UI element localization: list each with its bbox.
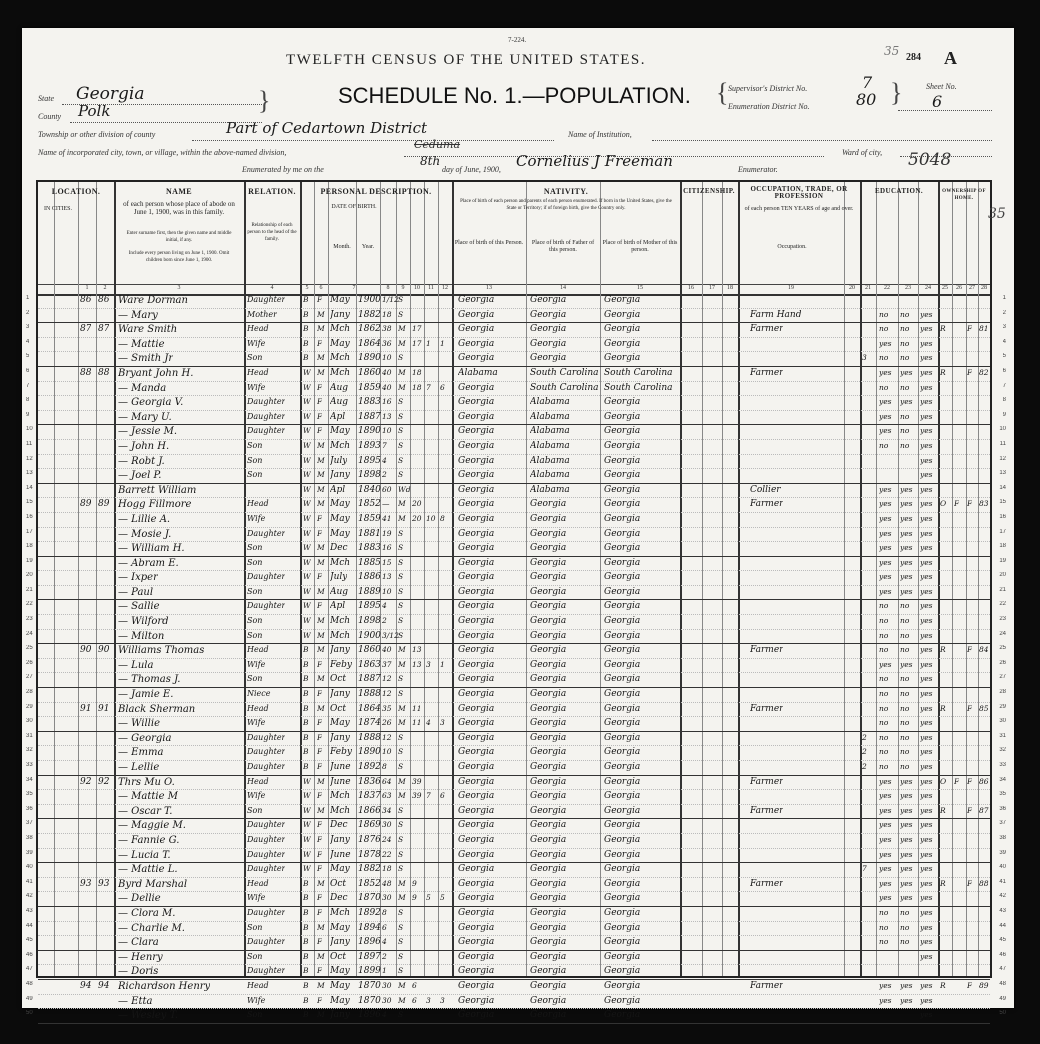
sex: M bbox=[317, 543, 325, 552]
can-write: no bbox=[900, 631, 909, 640]
birth-year: 1895 bbox=[358, 456, 381, 466]
sex: M bbox=[317, 353, 325, 362]
birthplace-father: Georgia bbox=[530, 704, 566, 714]
city-value-struck: Ceduma bbox=[414, 138, 460, 151]
can-write: yes bbox=[900, 587, 913, 596]
birth-year: 1896 bbox=[358, 1010, 381, 1020]
birthplace-mother: Georgia bbox=[604, 937, 640, 947]
birth-year: 1852 bbox=[358, 499, 381, 509]
table-row: 1111— John H.SonWMMch18937SGeorgiaAlabam… bbox=[38, 440, 990, 455]
farm-schedule-number: 86 bbox=[979, 777, 989, 786]
color-race: B bbox=[303, 879, 309, 888]
birth-month: May bbox=[330, 295, 350, 305]
age: 1/12 bbox=[382, 295, 399, 304]
birthplace-mother: Georgia bbox=[604, 397, 640, 407]
can-write: no bbox=[900, 762, 909, 771]
header-name-desc: of each person whose place of abode on J… bbox=[120, 200, 238, 216]
relation: Son bbox=[247, 674, 262, 683]
speaks-english: yes bbox=[920, 324, 933, 333]
age: 10 bbox=[382, 747, 392, 756]
family-number: 92 bbox=[98, 777, 109, 787]
age: 26 bbox=[382, 718, 392, 727]
person-name: — Ixper bbox=[118, 572, 158, 583]
line-number-right: 50 bbox=[999, 1010, 1006, 1016]
header-nativity: NATIVITY. bbox=[452, 188, 680, 195]
children-living: 1 bbox=[440, 660, 445, 669]
table-row: 1313— Joel P.SonWMJany18982SGeorgiaAlaba… bbox=[38, 469, 990, 484]
speaks-english: yes bbox=[920, 310, 933, 319]
birthplace-mother: Georgia bbox=[604, 835, 640, 845]
enumerator-label: Enumerator. bbox=[738, 165, 778, 174]
film-number: 5048 bbox=[908, 150, 951, 170]
owned-rented: R bbox=[940, 645, 946, 654]
years-married: 20 bbox=[412, 499, 422, 508]
age: 18 bbox=[382, 310, 392, 319]
marital-status: M bbox=[398, 893, 406, 902]
col-number: 24 bbox=[918, 285, 938, 291]
state-label: State bbox=[38, 94, 54, 103]
line-number-right: 29 bbox=[999, 704, 1006, 710]
birth-year: 1900 bbox=[358, 631, 381, 641]
birth-month: July bbox=[330, 456, 347, 466]
brace-right: } bbox=[890, 78, 902, 108]
speaks-english: yes bbox=[920, 339, 933, 348]
can-write: yes bbox=[900, 864, 913, 873]
can-write: yes bbox=[900, 806, 913, 815]
birthplace-father: Georgia bbox=[530, 572, 566, 582]
age: 60 bbox=[382, 485, 392, 494]
birth-month: May bbox=[330, 718, 350, 728]
speaks-english: yes bbox=[920, 529, 933, 538]
children-living: 6 bbox=[440, 791, 445, 800]
owned-rented: O bbox=[940, 777, 946, 786]
occupation: Collier bbox=[750, 485, 781, 495]
form-number: 7-224. bbox=[508, 36, 526, 44]
enumeration-label: Enumeration District No. bbox=[728, 102, 810, 111]
person-name: — Doris bbox=[118, 966, 158, 977]
can-read: no bbox=[879, 689, 888, 698]
color-race: B bbox=[303, 937, 309, 946]
birthplace-person: Georgia bbox=[458, 674, 494, 684]
table-row: 3939— Lucia T.DaughterWFJune187822SGeorg… bbox=[38, 849, 990, 864]
speaks-english: yes bbox=[920, 762, 933, 771]
dwelling-number: 92 bbox=[80, 777, 91, 787]
birthplace-father: Georgia bbox=[530, 689, 566, 699]
table-row: 3636— Oscar T.SonWMMch186634SGeorgiaGeor… bbox=[38, 805, 990, 820]
can-read: no bbox=[879, 923, 888, 932]
birthplace-person: Georgia bbox=[458, 601, 494, 611]
birth-year: 1900 bbox=[358, 295, 381, 305]
birthplace-father: Georgia bbox=[530, 543, 566, 553]
line-number: 17 bbox=[26, 529, 33, 535]
line-number-right: 49 bbox=[999, 996, 1006, 1002]
birthplace-mother: Georgia bbox=[604, 353, 640, 363]
dwelling-number: 86 bbox=[80, 295, 91, 305]
birthplace-mother: Georgia bbox=[604, 456, 640, 466]
birth-month: Apl bbox=[330, 485, 345, 495]
table-row: 1919— Abram E.SonWMMch188515SGeorgiaGeor… bbox=[38, 557, 990, 572]
relation: Son bbox=[247, 923, 262, 932]
color-race: W bbox=[303, 820, 311, 829]
line-number: 6 bbox=[26, 368, 29, 374]
schedule-title: SCHEDULE No. 1.—POPULATION. bbox=[338, 83, 691, 109]
owned-rented: R bbox=[940, 981, 946, 990]
birthplace-father: Georgia bbox=[530, 835, 566, 845]
can-read: yes bbox=[879, 806, 892, 815]
speaks-english: yes bbox=[920, 1010, 933, 1019]
col-number: 27 bbox=[966, 285, 978, 291]
relation: Daughter bbox=[247, 850, 285, 859]
line-number: 14 bbox=[26, 485, 33, 491]
birthplace-person: Georgia bbox=[458, 952, 494, 962]
occupation: Farmer bbox=[750, 777, 783, 787]
line-number-right: 38 bbox=[999, 835, 1006, 841]
line-number-right: 39 bbox=[999, 850, 1006, 856]
col-number: 12 bbox=[438, 285, 452, 291]
sheet-number: 6 bbox=[932, 92, 942, 111]
line-number-right: 48 bbox=[999, 981, 1006, 987]
sex: F bbox=[317, 733, 322, 742]
birth-year: 1870 bbox=[358, 996, 381, 1006]
color-race: W bbox=[303, 543, 311, 552]
can-write: yes bbox=[900, 572, 913, 581]
header-relation: RELATION. bbox=[244, 188, 300, 195]
speaks-english: yes bbox=[920, 923, 933, 932]
marital-status: S bbox=[398, 762, 403, 771]
marital-status: M bbox=[398, 514, 406, 523]
speaks-english: yes bbox=[920, 543, 933, 552]
person-name: — Manda bbox=[118, 383, 166, 394]
table-row: 1717— Mosie J.DaughterWFMay188119SGeorgi… bbox=[38, 528, 990, 543]
relation: Head bbox=[247, 645, 269, 654]
speaks-english: yes bbox=[920, 791, 933, 800]
birth-year: 1882 bbox=[358, 864, 381, 874]
can-write: no bbox=[900, 674, 909, 683]
occupation: Farmer bbox=[750, 499, 783, 509]
can-write: yes bbox=[900, 835, 913, 844]
person-name: — Georgia bbox=[118, 733, 171, 744]
line-number-right: 45 bbox=[999, 937, 1006, 943]
table-row: 3535— Mattie MWifeWFMch183763M3976Georgi… bbox=[38, 790, 990, 805]
age: 12 bbox=[382, 689, 392, 698]
person-name: — Emma bbox=[118, 747, 163, 758]
birth-year: 1889 bbox=[358, 587, 381, 597]
birthplace-father: Georgia bbox=[530, 529, 566, 539]
color-race: W bbox=[303, 485, 311, 494]
years-married: 9 bbox=[412, 893, 417, 902]
sex: F bbox=[317, 966, 322, 975]
page-letter: A bbox=[944, 48, 957, 69]
birth-month: May bbox=[330, 923, 350, 933]
line-number-right: 16 bbox=[999, 514, 1006, 520]
line-number: 18 bbox=[26, 543, 33, 549]
age: 3/12 bbox=[382, 631, 399, 640]
birthplace-mother: Georgia bbox=[604, 981, 640, 991]
birth-month: Jany bbox=[330, 1010, 350, 1020]
birthplace-person: Georgia bbox=[458, 645, 494, 655]
line-number: 32 bbox=[26, 747, 33, 753]
sheet-line bbox=[898, 110, 992, 111]
sex: M bbox=[317, 324, 325, 333]
col-number: 19 bbox=[738, 285, 844, 291]
can-read: no bbox=[879, 645, 888, 654]
sex: M bbox=[317, 806, 325, 815]
birthplace-mother: Georgia bbox=[604, 893, 640, 903]
table-row: 668888Bryant John H.HeadWMMch186040M18Al… bbox=[38, 367, 990, 382]
birthplace-mother: Georgia bbox=[604, 966, 640, 976]
age: 8 bbox=[382, 908, 387, 917]
color-race: B bbox=[303, 908, 309, 917]
age: 1 bbox=[382, 966, 387, 975]
township-line bbox=[192, 140, 554, 141]
attended-school: 2 bbox=[862, 747, 867, 756]
speaks-english: yes bbox=[920, 981, 933, 990]
can-read: yes bbox=[879, 864, 892, 873]
family-number: 88 bbox=[98, 368, 109, 378]
birth-year: 1885 bbox=[358, 558, 381, 568]
col-number: 20 bbox=[844, 285, 860, 291]
can-write: no bbox=[900, 689, 909, 698]
birth-month: Jany bbox=[330, 470, 350, 480]
birth-year: 1863 bbox=[358, 660, 381, 670]
relation: Son bbox=[247, 353, 262, 362]
speaks-english: yes bbox=[920, 660, 933, 669]
speaks-english: yes bbox=[920, 645, 933, 654]
birthplace-person: Georgia bbox=[458, 339, 494, 349]
sex: F bbox=[317, 529, 322, 538]
speaks-english: yes bbox=[920, 601, 933, 610]
occupation: Farmer bbox=[750, 704, 783, 714]
relation: Daughter bbox=[247, 397, 285, 406]
marital-status: S bbox=[398, 850, 403, 859]
col-number: 21 bbox=[860, 285, 876, 291]
table-row: 1414Barrett WilliamWMApl184060WdGeorgiaA… bbox=[38, 484, 990, 499]
can-read: yes bbox=[879, 397, 892, 406]
birth-month: Jany bbox=[330, 689, 350, 699]
birth-year: 1874 bbox=[358, 718, 381, 728]
can-write: no bbox=[900, 704, 909, 713]
color-race: B bbox=[303, 893, 309, 902]
dwelling-number: 93 bbox=[80, 879, 91, 889]
birth-year: 1836 bbox=[358, 777, 381, 787]
table-row: 2020— IxperDaughterWFJuly188613SGeorgiaG… bbox=[38, 571, 990, 586]
owned-rented: R bbox=[940, 704, 946, 713]
birth-month: Feby bbox=[330, 747, 352, 757]
relation: Daughter bbox=[247, 601, 285, 610]
person-name: Hogg Fillmore bbox=[118, 499, 191, 510]
birth-month: May bbox=[330, 981, 350, 991]
birth-year: 1860 bbox=[358, 368, 381, 378]
line-number-right: 33 bbox=[999, 762, 1006, 768]
children-born: 7 bbox=[426, 383, 431, 392]
birthplace-person: Georgia bbox=[458, 704, 494, 714]
person-name: — Abram E. bbox=[118, 558, 179, 569]
can-read: no bbox=[879, 616, 888, 625]
color-race: W bbox=[303, 777, 311, 786]
enumerated-day: 8th bbox=[420, 154, 440, 168]
age: 8 bbox=[382, 762, 387, 771]
birth-month: Mch bbox=[330, 368, 350, 378]
color-race: B bbox=[303, 645, 309, 654]
can-write: no bbox=[900, 718, 909, 727]
color-race: W bbox=[303, 587, 311, 596]
table-row: 3030— WillieWifeBFMay187426M1143GeorgiaG… bbox=[38, 717, 990, 732]
age: 18 bbox=[382, 864, 392, 873]
birthplace-father: Georgia bbox=[530, 806, 566, 816]
line-number-right: 30 bbox=[999, 718, 1006, 724]
can-read: yes bbox=[879, 879, 892, 888]
birth-month: Jany bbox=[330, 733, 350, 743]
children-living: 5 bbox=[440, 893, 445, 902]
birthplace-person: Georgia bbox=[458, 353, 494, 363]
birth-year: 1886 bbox=[358, 572, 381, 582]
can-read: no bbox=[879, 631, 888, 640]
line-number: 12 bbox=[26, 456, 33, 462]
birthplace-person: Georgia bbox=[458, 631, 494, 641]
owned-rented: R bbox=[940, 324, 946, 333]
birthplace-mother: Georgia bbox=[604, 470, 640, 480]
line-number-right: 15 bbox=[999, 499, 1006, 505]
can-read: no bbox=[879, 908, 888, 917]
can-write: no bbox=[900, 616, 909, 625]
table-row: 1818— William H.SonWMDec188316SGeorgiaGe… bbox=[38, 542, 990, 557]
age: 30 bbox=[382, 981, 392, 990]
table-row: 4040— Mattie L.DaughterWFMay188218SGeorg… bbox=[38, 863, 990, 878]
can-read: no bbox=[879, 762, 888, 771]
person-name: — Charlie M. bbox=[118, 923, 185, 934]
line-number-right: 7 bbox=[1003, 383, 1006, 389]
color-race: W bbox=[303, 850, 311, 859]
marital-status: Wd bbox=[398, 485, 411, 494]
birthplace-person: Georgia bbox=[458, 470, 494, 480]
color-race: B bbox=[303, 718, 309, 727]
birth-year: 1887 bbox=[358, 412, 381, 422]
speaks-english: yes bbox=[920, 456, 933, 465]
birth-year: 1888 bbox=[358, 689, 381, 699]
birthplace-mother: South Carolina bbox=[604, 383, 673, 393]
birthplace-father: Georgia bbox=[530, 499, 566, 509]
col-number: 7 bbox=[328, 285, 380, 291]
color-race: W bbox=[303, 864, 311, 873]
sex: M bbox=[317, 952, 325, 961]
line-number: 21 bbox=[26, 587, 33, 593]
speaks-english: yes bbox=[920, 704, 933, 713]
line-number: 29 bbox=[26, 704, 33, 710]
sex: F bbox=[317, 295, 322, 304]
header-month: Month. bbox=[328, 244, 356, 251]
children-born: 3 bbox=[426, 996, 431, 1005]
ward-label: Ward of city, bbox=[842, 148, 882, 157]
age: 7 bbox=[382, 441, 387, 450]
line-number-right: 32 bbox=[999, 747, 1006, 753]
line-number-right: 47 bbox=[999, 966, 1006, 972]
birth-year: 1837 bbox=[358, 791, 381, 801]
table-row: 3333— LellieDaughterBFJune18928SGeorgiaG… bbox=[38, 761, 990, 776]
header-year: Year. bbox=[356, 244, 380, 251]
birthplace-person: Georgia bbox=[458, 733, 494, 743]
birth-year: 1869 bbox=[358, 820, 381, 830]
person-name: — Mosie J. bbox=[118, 529, 171, 540]
sex: M bbox=[317, 879, 325, 888]
marital-status: M bbox=[398, 879, 406, 888]
can-write: yes bbox=[900, 893, 913, 902]
years-married: 13 bbox=[412, 660, 422, 669]
birth-month: Apl bbox=[330, 601, 345, 611]
line-number-right: 3 bbox=[1003, 324, 1006, 330]
sex: M bbox=[317, 456, 325, 465]
birthplace-person: Georgia bbox=[458, 543, 494, 553]
person-name: — Mary U. bbox=[118, 412, 172, 423]
years-married: 6 bbox=[412, 981, 417, 990]
can-write: yes bbox=[900, 660, 913, 669]
person-name: Byrd Marshal bbox=[118, 879, 187, 890]
birthplace-mother: Georgia bbox=[604, 850, 640, 860]
birth-year: 1887 bbox=[358, 674, 381, 684]
can-write: no bbox=[900, 426, 909, 435]
line-number-right: 6 bbox=[1003, 368, 1006, 374]
color-race: B bbox=[303, 747, 309, 756]
birthplace-person: Georgia bbox=[458, 777, 494, 787]
birthplace-mother: Georgia bbox=[604, 310, 640, 320]
birth-year: 1897 bbox=[358, 952, 381, 962]
line-number-right: 11 bbox=[1000, 441, 1006, 447]
birthplace-mother: Georgia bbox=[604, 558, 640, 568]
sex: F bbox=[317, 660, 322, 669]
speaks-english: yes bbox=[920, 689, 933, 698]
sex: M bbox=[317, 981, 325, 990]
speaks-english: yes bbox=[920, 850, 933, 859]
line-number: 4 bbox=[26, 339, 29, 345]
line-number-right: 42 bbox=[999, 893, 1006, 899]
enumeration-district: 80 bbox=[856, 90, 876, 109]
brace-left: { bbox=[716, 78, 728, 108]
can-read: no bbox=[879, 937, 888, 946]
birth-month: Mch bbox=[330, 806, 350, 816]
birthplace-person: Georgia bbox=[458, 558, 494, 568]
marital-status: M bbox=[398, 660, 406, 669]
speaks-english: yes bbox=[920, 441, 933, 450]
color-race: W bbox=[303, 616, 311, 625]
header-birth-mother: Place of birth of Mother of this person. bbox=[602, 240, 678, 254]
col-number: 3 bbox=[114, 285, 244, 291]
age: 64 bbox=[382, 777, 392, 786]
sex: F bbox=[317, 383, 322, 392]
age: 15 bbox=[382, 558, 392, 567]
attended-school: 3 bbox=[862, 353, 867, 362]
header-occupation: Occupation. bbox=[742, 244, 842, 251]
header-personal: PERSONAL DESCRIPTION. bbox=[300, 188, 452, 195]
farm-schedule-number: 84 bbox=[979, 645, 989, 654]
age: 2 bbox=[382, 952, 387, 961]
children-born: 3 bbox=[426, 660, 431, 669]
age: 12 bbox=[382, 733, 392, 742]
can-write: no bbox=[900, 310, 909, 319]
birth-month: May bbox=[330, 529, 350, 539]
speaks-english: yes bbox=[920, 835, 933, 844]
birthplace-mother: Georgia bbox=[604, 777, 640, 787]
sex: M bbox=[317, 310, 325, 319]
birthplace-mother: Georgia bbox=[604, 324, 640, 334]
birthplace-father: Georgia bbox=[530, 937, 566, 947]
relation: Wife bbox=[247, 383, 265, 392]
line-number: 7 bbox=[26, 383, 29, 389]
birth-month: Mch bbox=[330, 616, 350, 626]
farm-house: F bbox=[967, 645, 972, 654]
marital-status: S bbox=[398, 747, 403, 756]
birth-month: Mch bbox=[330, 441, 350, 451]
birth-month: Aug bbox=[330, 587, 348, 597]
birthplace-mother: Georgia bbox=[604, 514, 640, 524]
